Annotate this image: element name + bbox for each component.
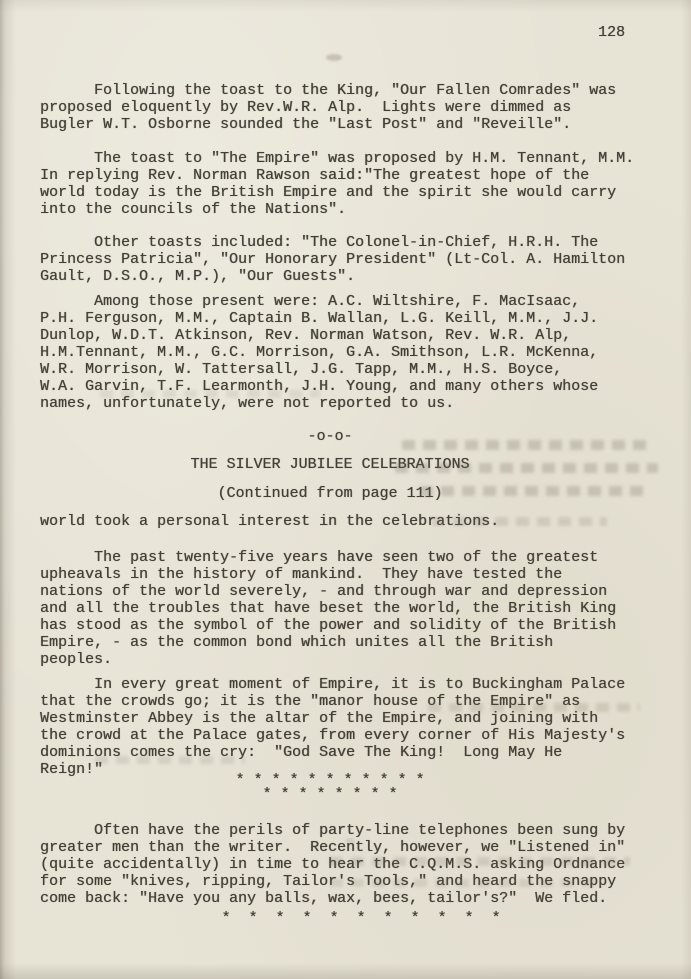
continuation-line: world took a personal interest in the ce… xyxy=(40,513,499,530)
scanned-page: 128 Following the toast to the King, "Ou… xyxy=(0,0,691,979)
paragraph-other-toasts: Other toasts included: "The Colonel-in-C… xyxy=(40,234,625,285)
paper-speck xyxy=(326,54,342,61)
paragraph-fallen-comrades: Following the toast to the King, "Our Fa… xyxy=(40,82,616,133)
paper-speck xyxy=(560,620,567,625)
bleed-through-smudge xyxy=(100,390,320,398)
paragraph-twenty-five-years: The past twenty-five years have seen two… xyxy=(40,549,616,668)
bleed-through-smudge xyxy=(330,879,605,887)
paper-speck xyxy=(120,170,128,175)
bleed-through-smudge xyxy=(432,517,607,526)
asterisk-separator-row-3: * * * * * * * * * * * xyxy=(30,912,691,926)
bleed-through-smudge xyxy=(428,703,640,712)
bleed-through-smudge xyxy=(420,486,648,496)
paragraph-empire-toast: The toast to "The Empire" was proposed b… xyxy=(40,150,634,218)
bleed-through-smudge xyxy=(95,756,245,764)
page-number: 128 xyxy=(598,24,625,41)
paper-speck xyxy=(345,838,355,844)
bleed-through-smudge xyxy=(395,463,658,473)
bleed-through-smudge xyxy=(402,440,654,450)
asterisk-separator-row-2: * * * * * * * * xyxy=(0,788,660,802)
bleed-through-smudge xyxy=(330,857,630,866)
